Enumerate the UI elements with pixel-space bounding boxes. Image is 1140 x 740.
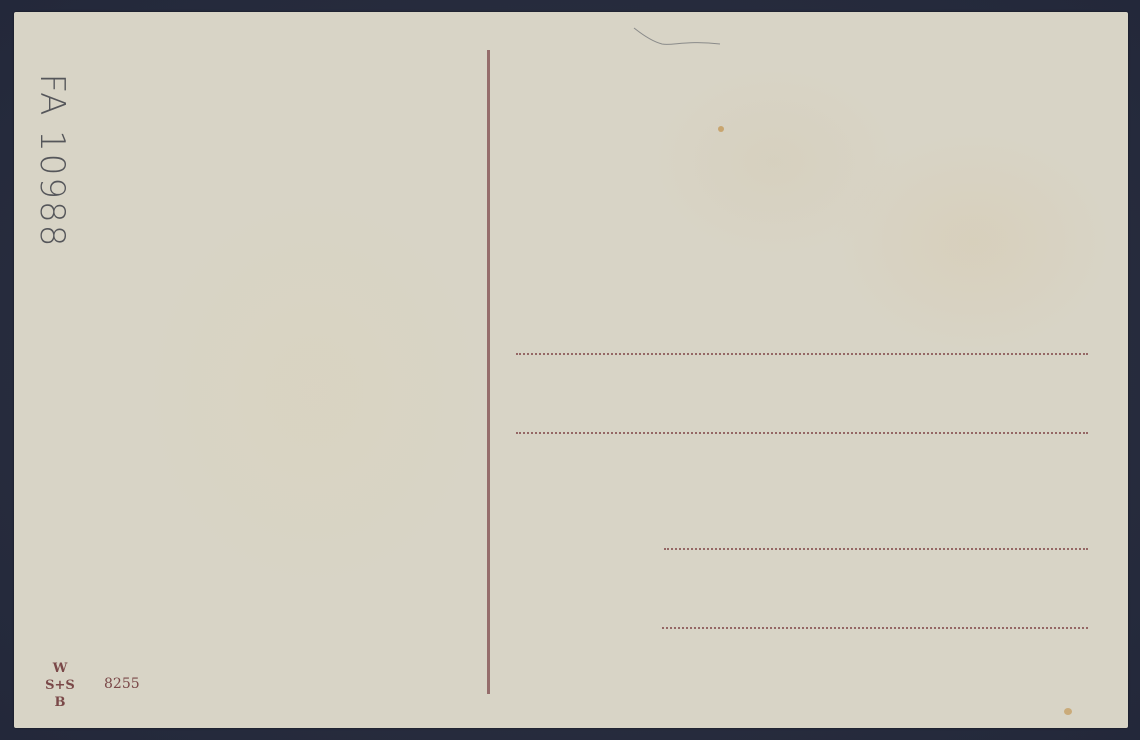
handwritten-reference: FA 10988 [32, 46, 72, 276]
postcard-back: FA 10988 W S+S B 8255 [14, 12, 1128, 728]
hair-fiber [632, 26, 722, 56]
publisher-mark-top: W [38, 660, 82, 677]
publisher-mark-middle: S+S [38, 677, 82, 694]
address-line-4 [662, 627, 1088, 629]
handwritten-reference-text: FA 10988 [32, 74, 72, 249]
publisher-mark: W S+S B [38, 660, 82, 711]
address-line-2 [516, 432, 1088, 434]
foxing-spot [718, 126, 724, 132]
catalog-number: 8255 [104, 676, 140, 692]
publisher-mark-bottom: B [38, 694, 82, 711]
address-line-1 [516, 353, 1088, 355]
foxing-spot [1064, 708, 1072, 715]
center-divider-line [487, 50, 490, 694]
address-line-3 [664, 548, 1088, 550]
